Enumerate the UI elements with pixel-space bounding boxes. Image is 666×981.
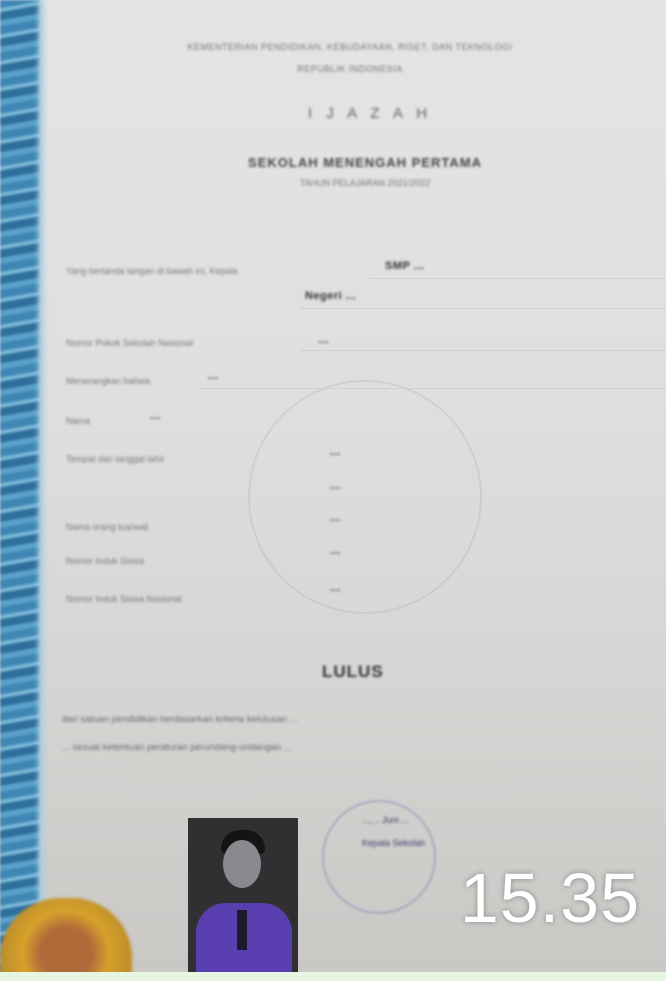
student-photo: [188, 818, 298, 972]
diploma-photo: KEMENTERIAN PENDIDIKAN, KEBUDAYAAN, RISE…: [0, 0, 666, 972]
field-label: Yang bertanda tangan di bawah ini, Kepal…: [66, 266, 237, 276]
field-label: Tempat dan tanggal lahir: [66, 454, 165, 464]
chat-bubble-bottom-edge: [0, 972, 666, 981]
header-line-1: KEMENTERIAN PENDIDIKAN, KEBUDAYAAN, RISE…: [150, 42, 550, 52]
field-value: ...: [330, 512, 341, 524]
field-value: ...: [208, 370, 219, 382]
statement-line-1: dari satuan pendidikan berdasarkan krite…: [62, 714, 298, 725]
watermark-emblem-icon: [248, 380, 482, 614]
field-value: ...: [330, 582, 341, 594]
signature-place-date: ..., .. Juni ...: [362, 815, 409, 825]
field-label: Menerangkan bahwa: [66, 376, 150, 386]
field-label: Nama orang tua/wali: [66, 522, 149, 532]
header-line-2: REPUBLIK INDONESIA: [150, 64, 550, 74]
signature-title: Kepala Sekolah: [362, 838, 425, 848]
message-timestamp: 15.35: [460, 858, 640, 938]
field-value: ...: [330, 446, 341, 458]
school-level: SEKOLAH MENENGAH PERTAMA: [165, 155, 565, 170]
diploma-decorative-border: [0, 0, 40, 972]
field-value: ...: [150, 410, 161, 422]
field-label: Nama: [66, 416, 90, 426]
field-label: Nomor Induk Siswa: [66, 556, 144, 566]
field-value: ...: [318, 334, 329, 346]
field-label: Nomor Induk Siswa Nasional: [66, 594, 182, 604]
academic-year: TAHUN PELAJARAN 2021/2022: [165, 178, 565, 188]
field-value: Negeri ...: [305, 290, 356, 302]
field-label: Nomor Pokok Sekolah Nasional: [66, 338, 193, 348]
statement-line-2: ... sesuai ketentuan peraturan perundang…: [62, 742, 292, 753]
field-value: ...: [330, 480, 341, 492]
field-value: SMP ...: [385, 260, 424, 272]
field-value: ...: [330, 545, 341, 557]
diploma-title: I J A Z A H: [170, 105, 570, 122]
graduation-result: LULUS: [322, 662, 384, 682]
